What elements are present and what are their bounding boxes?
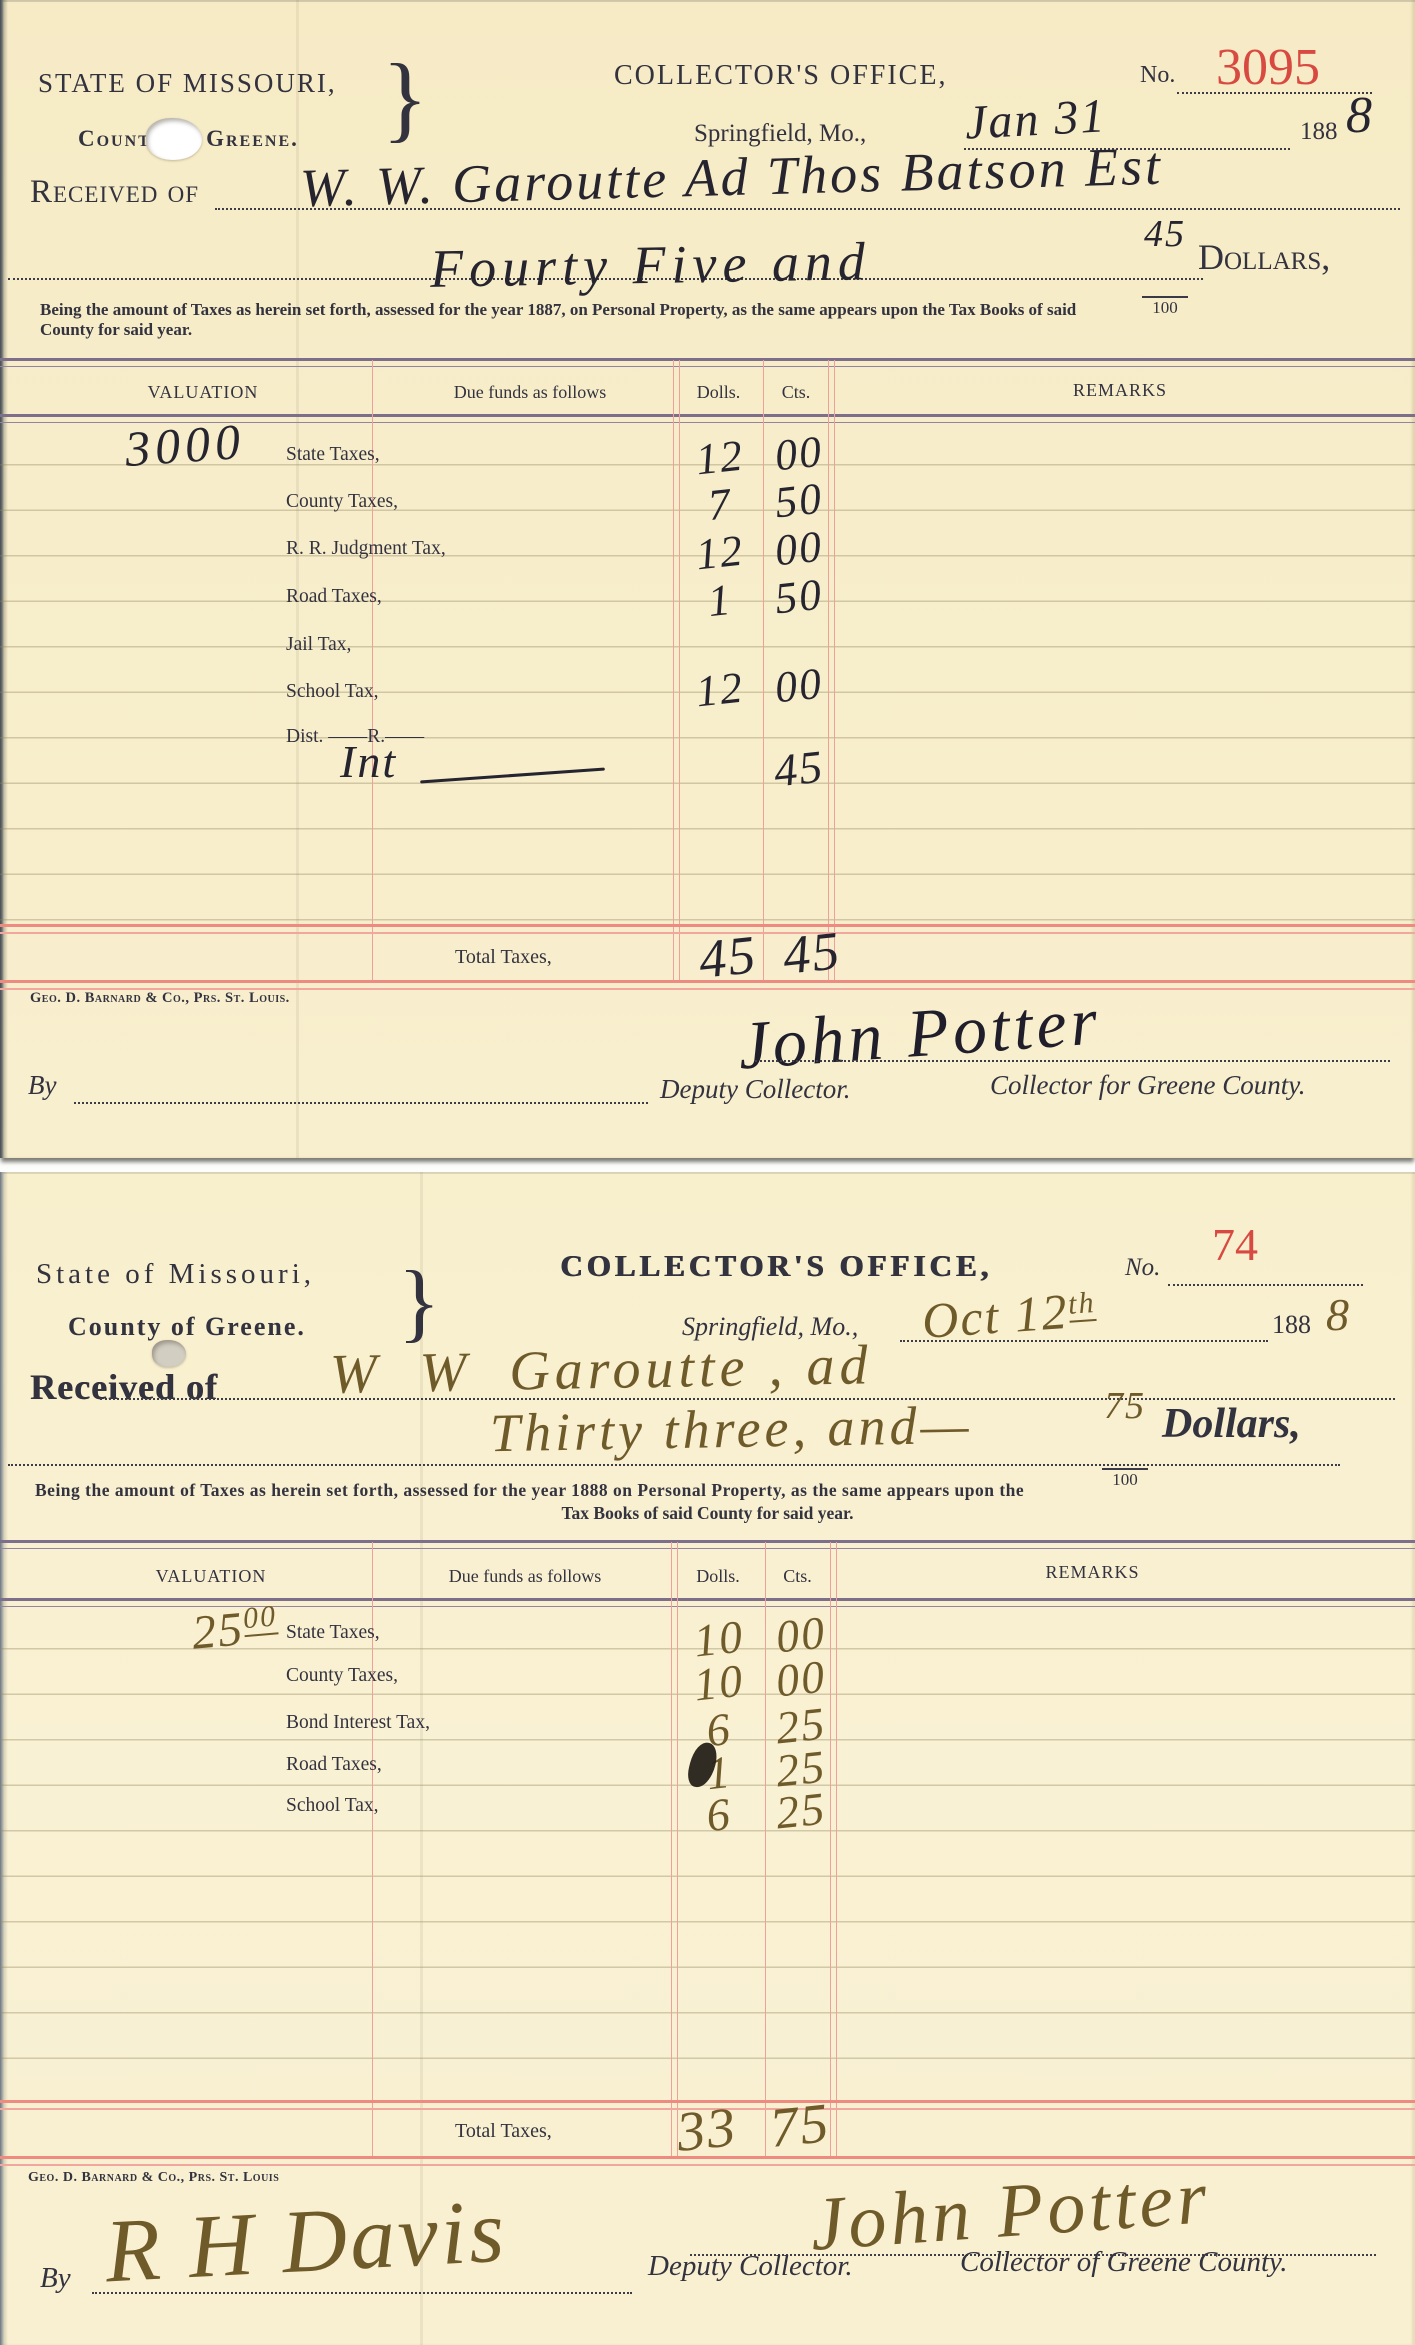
col-header-valuation: VALUATION — [120, 382, 286, 403]
amount-cents: 45 — [763, 739, 834, 799]
amount-words-handwritten: Thirty three, and— — [489, 1394, 972, 1464]
table-top-rule — [0, 358, 1415, 367]
tax-row-label: School Tax, — [286, 1795, 379, 1817]
header-brace: } — [398, 1252, 440, 1353]
assessment-note-line2: Tax Books of said County for said year. — [0, 1503, 1415, 1524]
col-header-remarks: REMARKS — [950, 380, 1290, 401]
cents-handwritten: 45 — [1144, 212, 1186, 256]
scanned-tax-receipts: STATE OF MISSOURI, County of Greene. } C… — [0, 0, 1415, 2345]
tax-row-label: Jail Tax, — [286, 634, 351, 656]
total-cents-handwritten: 75 — [755, 2090, 845, 2162]
assessment-note-line1: Being the amount of Taxes as herein set … — [40, 300, 1076, 320]
amount-cents: 25 — [765, 1781, 836, 1841]
receipt-number: 74 — [1212, 1218, 1258, 1271]
col-header-valuation: VALUATION — [128, 1566, 294, 1587]
receipt-number: 3095 — [1216, 38, 1320, 97]
received-of-label: Received of — [30, 1366, 218, 1408]
dollars-label: Dollars, — [1162, 1400, 1301, 1448]
office-heading: COLLECTOR'S OFFICE, — [560, 1248, 992, 1284]
state-heading: State of Missouri, — [36, 1258, 315, 1291]
receipt-number-label: No. — [1140, 62, 1175, 89]
col-header-due-funds: Due funds as follows — [395, 1566, 655, 1587]
assessment-note-line2: County for said year. — [40, 320, 192, 340]
col-header-cts: Cts. — [763, 382, 829, 403]
tax-row-label: State Taxes, — [286, 1622, 380, 1644]
amount-cents: 00 — [764, 657, 835, 715]
by-dotted-line — [74, 1100, 648, 1104]
col-header-due-funds: Due funds as follows — [400, 382, 660, 403]
table-top-rule — [0, 1540, 1415, 1549]
col-header-dolls: Dolls. — [672, 1566, 764, 1587]
by-label: By — [28, 1070, 56, 1101]
valuation-superscript: 00 — [242, 1599, 279, 1637]
printer-credit: Geo. D. Barnard & Co., Prs. St. Louis. — [30, 990, 290, 1007]
col-header-cts: Cts. — [765, 1566, 830, 1587]
year-digit-handwritten: 8 — [1326, 1288, 1351, 1341]
cents-handwritten: 75 — [1104, 1384, 1146, 1428]
year-printed: 188 — [1272, 1310, 1311, 1340]
received-of-label: Received of — [30, 174, 199, 211]
col-header-remarks: REMARKS — [920, 1562, 1265, 1583]
amount-cents: 50 — [764, 568, 835, 626]
deputy-collector-label: Deputy Collector. — [648, 2250, 853, 2283]
printer-credit: Geo. D. Barnard & Co., Prs. St. Louis — [28, 2170, 279, 2186]
cents-fraction: 45 100 — [1142, 242, 1188, 354]
tax-row-label: Road Taxes, — [286, 586, 382, 608]
deputy-collector-label: Deputy Collector. — [660, 1074, 850, 1105]
fraction-denominator: 100 — [1142, 296, 1188, 318]
receipt-number-label: No. — [1125, 1254, 1160, 1282]
fraction-denominator: 100 — [1102, 1468, 1148, 1490]
by-label: By — [40, 2262, 71, 2295]
paper-hole — [146, 118, 202, 160]
signature-dotted-line — [755, 1058, 1390, 1062]
dotted-line — [1168, 1282, 1363, 1286]
receipt-2-sheet: COLLECTOR'S OFFICE, No. 74 State of Miss… — [0, 1172, 1415, 2345]
year-printed: 188 — [1300, 118, 1338, 146]
date-handwritten: Oct 12th — [920, 1280, 1098, 1350]
paper-hole — [152, 1340, 186, 1367]
total-dollars-handwritten: 33 — [661, 2094, 753, 2167]
year-digit-handwritten: 8 — [1346, 86, 1374, 145]
amount-dollars: 12 — [678, 660, 763, 719]
tax-row-label: State Taxes, — [286, 444, 380, 466]
amount-words-handwritten: Fourty Five and — [429, 230, 871, 300]
tax-row-label: County Taxes, — [286, 491, 398, 513]
total-taxes-label: Total Taxes, — [455, 2120, 590, 2143]
total-cents-handwritten: 45 — [769, 918, 855, 988]
header-brace: } — [382, 42, 428, 153]
interest-row-label-handwritten: Int — [340, 735, 397, 788]
column-divider — [765, 1542, 766, 2158]
payer-handwritten: W W Garoutte , ad — [329, 1333, 872, 1406]
valuation-handwritten: 3000 — [123, 412, 247, 478]
tax-row-label: Road Taxes, — [286, 1754, 382, 1776]
county-heading: County of Greene. — [68, 1312, 306, 1342]
total-taxes-label: Total Taxes, — [455, 946, 590, 969]
by-dotted-line — [92, 2290, 632, 2294]
tax-row-label: R. R. Judgment Tax, — [286, 538, 446, 560]
office-heading: COLLECTOR'S OFFICE, — [614, 60, 947, 92]
tax-row-label: School Tax, — [286, 681, 379, 703]
amount-dollars: 6 — [675, 1784, 762, 1845]
assessment-note-line1: Being the amount of Taxes as herein set … — [35, 1480, 1024, 1501]
receipt-1-sheet: STATE OF MISSOURI, County of Greene. } C… — [0, 0, 1415, 1158]
state-heading: STATE OF MISSOURI, — [38, 68, 337, 99]
tax-row-label: Bond Interest Tax, — [286, 1712, 430, 1734]
valuation-handwritten: 2500 — [190, 1598, 280, 1660]
dollars-label: Dollars, — [1198, 236, 1330, 278]
tax-row-label: County Taxes, — [286, 1665, 398, 1687]
deputy-signature: R H Davis — [103, 2180, 510, 2304]
collector-county-label: Collector of Greene County. — [960, 2246, 1288, 2279]
collector-county-label: Collector for Greene County. — [990, 1070, 1305, 1101]
amount-dollars: 1 — [678, 571, 763, 630]
total-dollars-handwritten: 45 — [683, 922, 773, 992]
col-header-dolls: Dolls. — [674, 382, 763, 403]
date-ordinal-suffix: th — [1067, 1286, 1097, 1323]
